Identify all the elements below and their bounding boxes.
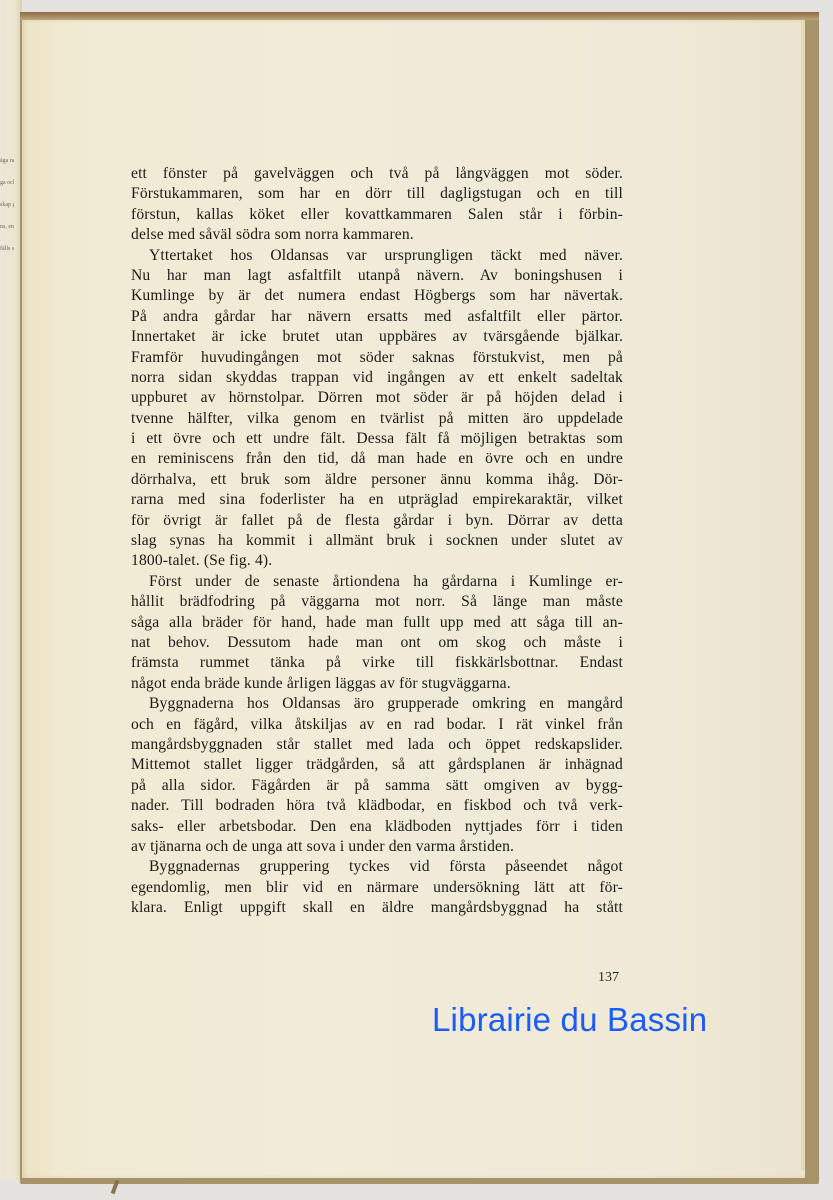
text-line: såga alla bräder för hand, hade man full… [131, 613, 623, 633]
text-line: egendomlig, men blir vid en närmare unde… [131, 878, 623, 898]
text-line: en reminiscens från den tid, då man hade… [131, 449, 623, 469]
text-line: klara. Enligt uppgift skall en äldre man… [131, 898, 623, 918]
facing-page-edge: äga ned ga ock skap gr ns, ene fälls sd [0, 0, 22, 1180]
fragment-line: äga ned [0, 150, 14, 172]
text-line: ett fönster på gavelväggen och två på lå… [131, 164, 623, 184]
text-line: rarna med sina foderlister ha en utprägl… [131, 490, 623, 510]
text-line: tvenne hälfter, vilka genom en tvärlist … [131, 409, 623, 429]
text-line: Framför huvudingången mot söder saknas f… [131, 348, 623, 368]
text-line: norra sidan skyddas trappan vid ingången… [131, 368, 623, 388]
text-line: av tjänarna och de unga att sova i under… [131, 837, 623, 857]
text-line: nat behov. Dessutom hade man ont om skog… [131, 633, 623, 653]
paragraph: ett fönster på gavelväggen och två på lå… [131, 164, 623, 246]
text-line: Byggnaderna hos Oldansas äro grupperade … [131, 694, 623, 714]
page-edge [801, 20, 805, 1170]
text-line: Innertaket är icke brutet utan uppbäres … [131, 327, 623, 347]
text-line: Förstukammaren, som har en dörr till dag… [131, 184, 623, 204]
text-line: Kumlinge by är det numera endast Högberg… [131, 286, 623, 306]
text-line: främsta rummet tänka på virke till fiskk… [131, 653, 623, 673]
text-line: på alla sidor. Fägården är på samma sätt… [131, 776, 623, 796]
text-line: Byggnadernas gruppering tyckes vid först… [131, 857, 623, 877]
paragraph: Byggnaderna hos Oldansas äro grupperade … [131, 694, 623, 857]
fragment-line: ga ock [0, 172, 14, 194]
fragment-line: skap gr [0, 194, 14, 216]
paragraph: Yttertaket hos Oldansas var ursprunglige… [131, 246, 623, 572]
page-number: 137 [598, 970, 619, 986]
text-line: saks- eller arbetsbodar. Den ena klädbod… [131, 817, 623, 837]
text-line: dörrhalva, ett bruk som äldre personer ä… [131, 470, 623, 490]
paragraph: Först under de senaste årtiondena ha går… [131, 572, 623, 694]
text-line: uppburet av hörnstolpar. Dörren mot söde… [131, 388, 623, 408]
text-line: Nu har man lagt asfaltfilt utanpå nävern… [131, 266, 623, 286]
body-text: ett fönster på gavelväggen och två på lå… [131, 164, 623, 918]
text-line: slag synas ha kommit i allmänt bruk i so… [131, 531, 623, 551]
fragment-line: fälls sd [0, 238, 14, 260]
text-line: och en fägård, vilka åtskiljas av en rad… [131, 715, 623, 735]
text-line: för övrigt är fallet på de flesta gårdar… [131, 511, 623, 531]
text-line: förstun, kallas köket eller kovattkammar… [131, 205, 623, 225]
text-line: nader. Till bodraden höra två klädbodar,… [131, 796, 623, 816]
text-line: hållit brädfodring på väggarna mot norr.… [131, 592, 623, 612]
text-line: Först under de senaste årtiondena ha går… [131, 572, 623, 592]
fragment-line: ns, ene [0, 216, 14, 238]
text-line: 1800-talet. (Se fig. 4). [131, 551, 623, 571]
facing-page-text-fragment: äga ned ga ock skap gr ns, ene fälls sd [0, 150, 14, 260]
paragraph: Byggnadernas gruppering tyckes vid först… [131, 857, 623, 918]
text-line: mangårdsbyggnaden står stallet med lada … [131, 735, 623, 755]
text-line: i ett övre och ett undre fält. Dessa fäl… [131, 429, 623, 449]
watermark-text: Librairie du Bassin [432, 1001, 707, 1039]
text-line: något enda bräde kunde årligen läggas av… [131, 674, 623, 694]
text-line: delse med såväl södra som norra kammaren… [131, 225, 623, 245]
text-line: På andra gårdar har nävern ersatts med a… [131, 307, 623, 327]
text-line: Mittemot stallet ligger trädgården, så a… [131, 755, 623, 775]
book-cover-top-edge [20, 12, 819, 20]
text-line: Yttertaket hos Oldansas var ursprunglige… [131, 246, 623, 266]
